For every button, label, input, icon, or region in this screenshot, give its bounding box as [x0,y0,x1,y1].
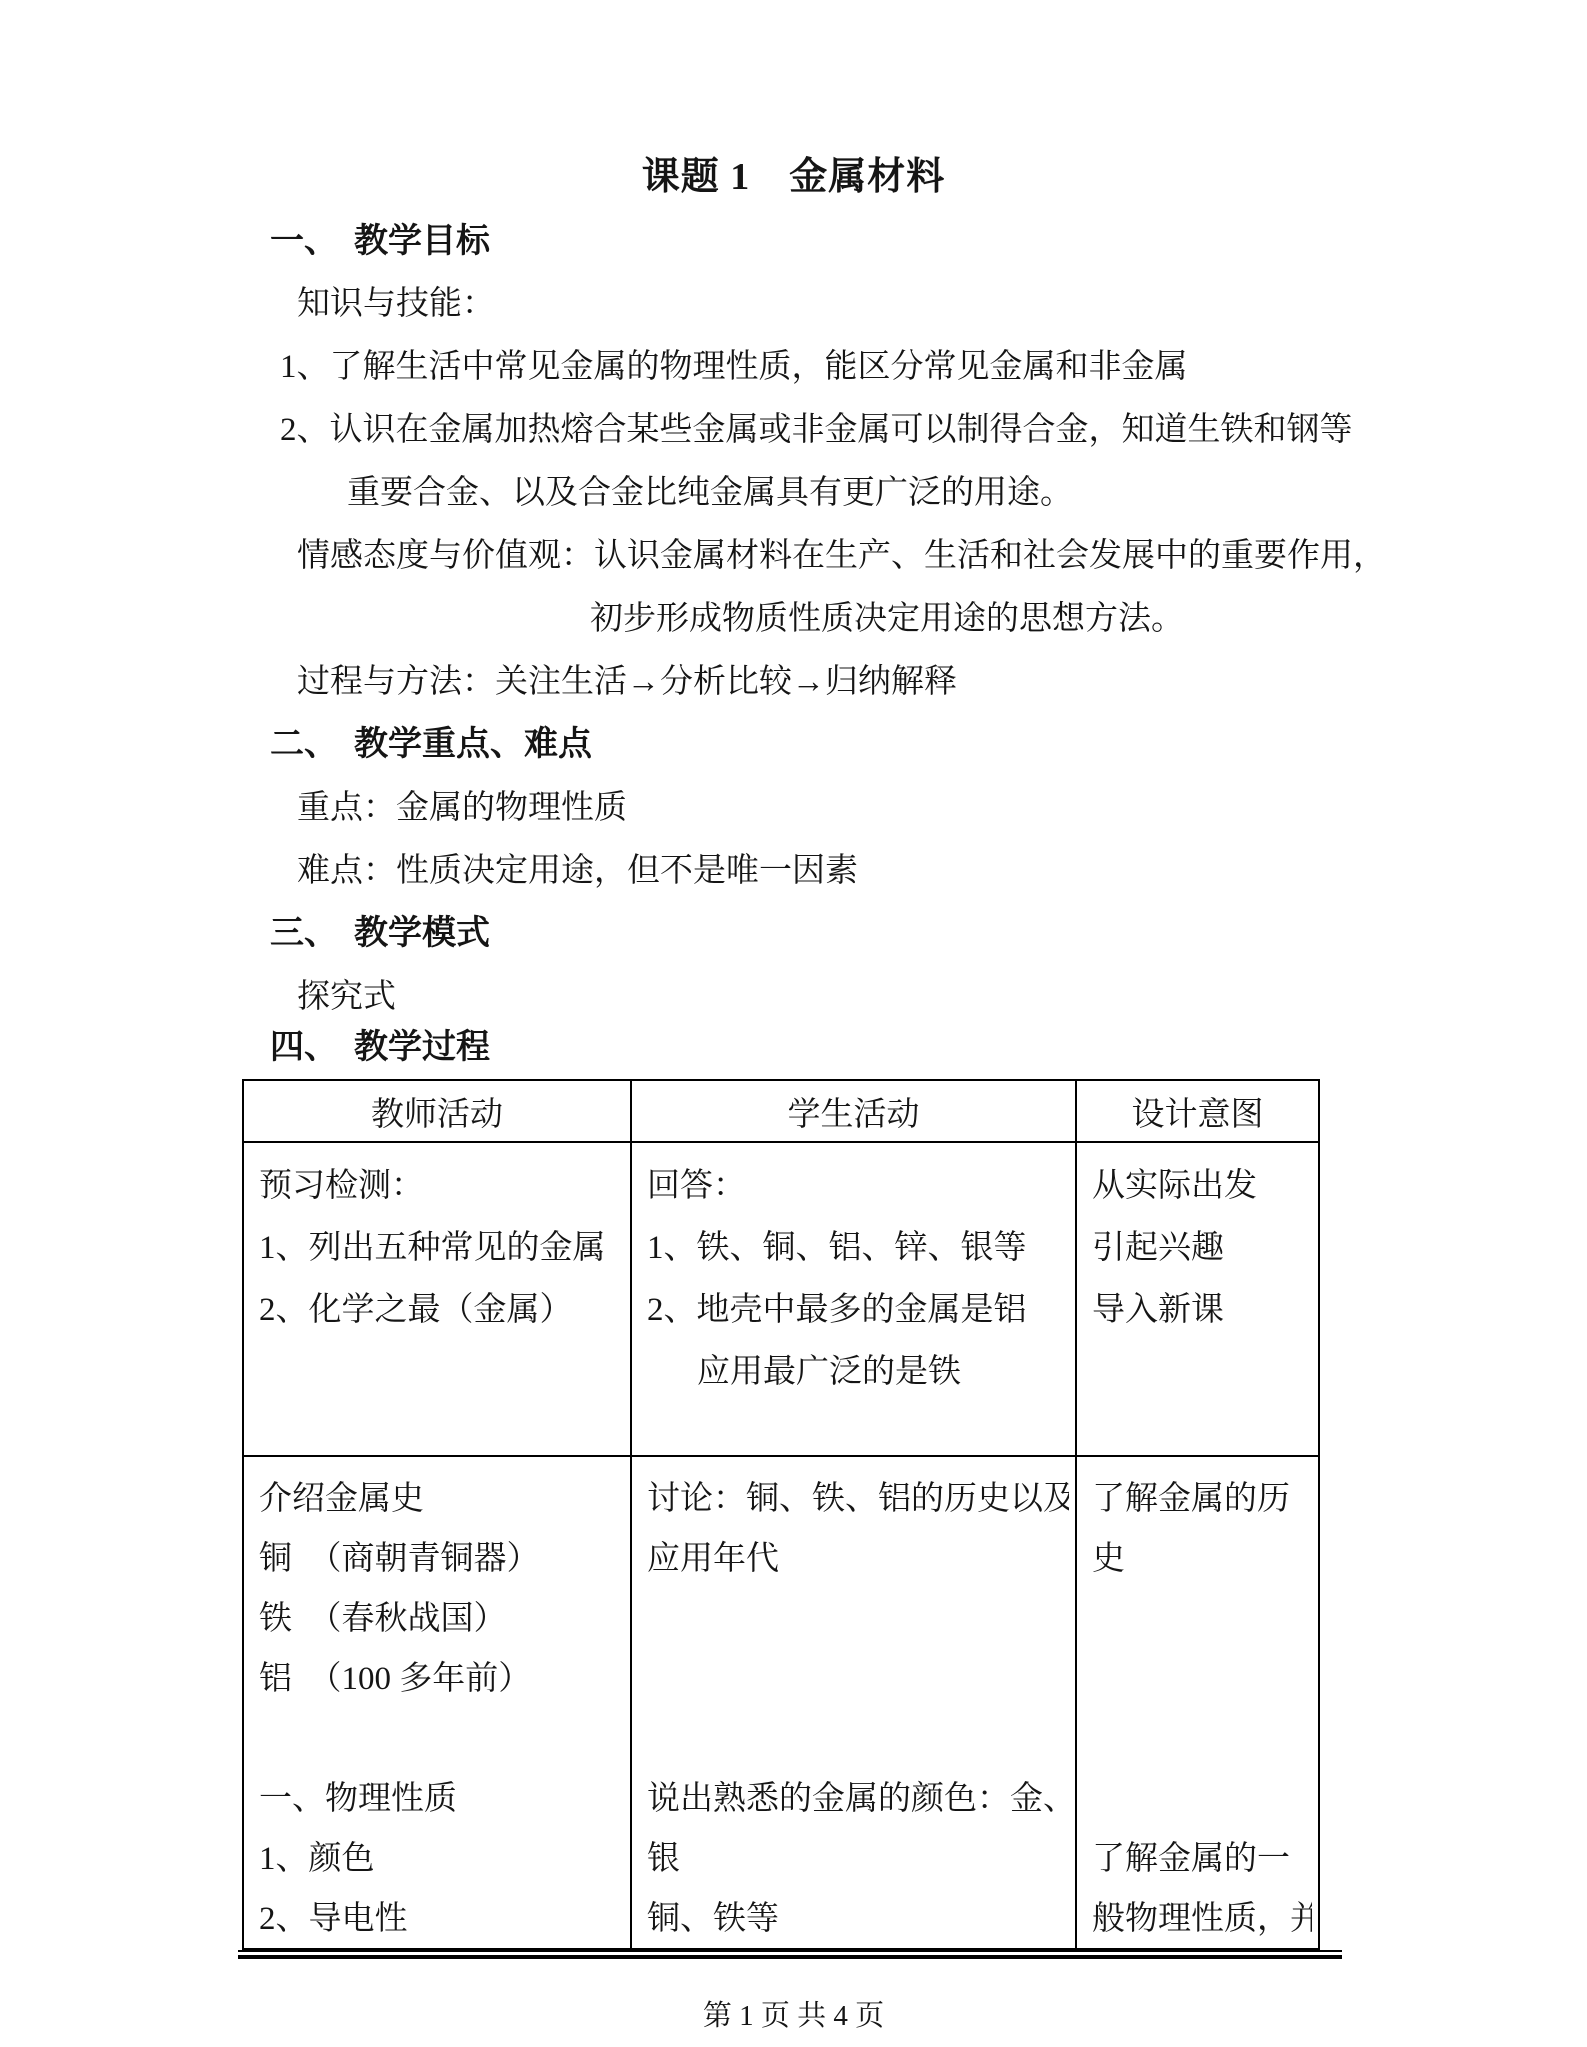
section-title: 教学重点、难点 [354,724,592,766]
cell-line: 2、地壳中最多的金属是铝 [647,1279,1069,1341]
cell-line [259,1709,624,1769]
cell-line [1092,1649,1312,1709]
section-heading-teaching-mode: 三、 教学模式 [270,913,490,955]
cell-line: 铜、铁等 [647,1889,1069,1948]
cell-line: 1、颜色 [259,1829,624,1889]
cell-line: 应用最广泛的是铁 [647,1341,1069,1403]
cell-line: 般物理性质，并 [1092,1889,1312,1948]
objective-item-2-wrap: 重要合金、以及合金比纯金属具有更广泛的用途。 [347,472,1073,514]
cell-line: 说出熟悉的金属的颜色：金、 [647,1769,1069,1829]
cell-line [647,1709,1069,1769]
cell-line: 介绍金属史 [259,1469,624,1529]
cell-line: 铝 （100 多年前） [259,1649,624,1709]
table-header-teacher: 教师活动 [244,1081,632,1141]
cell-line [1092,1709,1312,1769]
cell-line: 铜 （商朝青铜器） [259,1529,624,1589]
cell-line: 从实际出发 [1092,1155,1312,1217]
cell-line: 预习检测： [259,1155,624,1217]
section-number: 二、 [270,724,338,766]
student-activity-cell: 回答： 1、铁、铜、铝、锌、银等 2、地壳中最多的金属是铝 应用最广泛的是铁 [632,1143,1077,1455]
cell-line [647,1589,1069,1649]
cell-line: 引起兴趣 [1092,1217,1312,1279]
cell-line: 2、导电性 [259,1889,624,1948]
table-row: 介绍金属史 铜 （商朝青铜器） 铁 （春秋战国） 铝 （100 多年前） 一、物… [244,1457,1318,1948]
section-title: 教学模式 [354,913,490,955]
page-break-rule [238,1950,1342,1959]
table-header-intent: 设计意图 [1077,1081,1318,1141]
cell-line [647,1649,1069,1709]
cell-line: 1、铁、铜、铝、锌、银等 [647,1217,1069,1279]
cell-line [1092,1589,1312,1649]
section-title: 教学过程 [354,1027,490,1069]
cell-line: 银 [647,1829,1069,1889]
design-intent-cell: 了解金属的历 史 了解金属的一 般物理性质，并 [1077,1457,1318,1948]
student-activity-cell: 讨论：铜、铁、铝的历史以及 应用年代 说出熟悉的金属的颜色：金、 银 铜、铁等 [632,1457,1077,1948]
cell-line: 史 [1092,1529,1312,1589]
section-title: 教学目标 [354,221,490,263]
teacher-activity-cell: 介绍金属史 铜 （商朝青铜器） 铁 （春秋战国） 铝 （100 多年前） 一、物… [244,1457,632,1948]
cell-line: 回答： [647,1155,1069,1217]
section-heading-key-points: 二、 教学重点、难点 [270,724,592,766]
difficulty-line: 难点：性质决定用途，但不是唯一因素 [297,850,858,892]
page-footer: 第 1 页 共 4 页 [0,1998,1587,2034]
cell-line: 1、列出五种常见的金属 [259,1217,624,1279]
cell-line: 了解金属的一 [1092,1829,1312,1889]
cell-line: 铁 （春秋战国） [259,1589,624,1649]
cell-line: 讨论：铜、铁、铝的历史以及 [647,1469,1069,1529]
cell-line: 一、物理性质 [259,1769,624,1829]
process-method-line: 过程与方法：关注生活→分析比较→归纳解释 [297,661,957,703]
cell-line: 2、化学之最（金属） [259,1279,624,1341]
emotion-values-wrap: 初步形成物质性质决定用途的思想方法。 [590,598,1184,640]
table-row: 预习检测： 1、列出五种常见的金属 2、化学之最（金属） 回答： 1、铁、铜、铝… [244,1143,1318,1457]
teaching-mode-value: 探究式 [297,976,396,1018]
cell-line: 应用年代 [647,1529,1069,1589]
focus-line: 重点：金属的物理性质 [297,787,627,829]
table-header-row: 教师活动 学生活动 设计意图 [244,1081,1318,1143]
table-header-student: 学生活动 [632,1081,1077,1141]
page-title: 课题 1 金属材料 [0,154,1587,200]
cell-line: 了解金属的历 [1092,1469,1312,1529]
teacher-activity-cell: 预习检测： 1、列出五种常见的金属 2、化学之最（金属） [244,1143,632,1455]
objective-item-1: 1、了解生活中常见金属的物理性质，能区分常见金属和非金属 [280,346,1188,388]
teaching-process-table: 教师活动 学生活动 设计意图 预习检测： 1、列出五种常见的金属 2、化学之最（… [242,1079,1320,1950]
knowledge-skills-label: 知识与技能： [297,283,495,325]
section-number: 一、 [270,221,338,263]
rule-thick-line [238,1955,1342,1959]
cell-line: 导入新课 [1092,1279,1312,1341]
cell-line [1092,1769,1312,1829]
emotion-values-line: 情感态度与价值观：认识金属材料在生产、生活和社会发展中的重要作用， [297,535,1386,577]
section-heading-objectives: 一、 教学目标 [270,221,490,263]
section-heading-teaching-process: 四、 教学过程 [270,1027,490,1069]
section-number: 三、 [270,913,338,955]
section-number: 四、 [270,1027,338,1069]
document-page: 课题 1 金属材料 一、 教学目标 知识与技能： 1、了解生活中常见金属的物理性… [0,0,1587,2047]
objective-item-2: 2、认识在金属加热熔合某些金属或非金属可以制得合金，知道生铁和钢等 [280,409,1353,451]
design-intent-cell: 从实际出发 引起兴趣 导入新课 [1077,1143,1318,1455]
